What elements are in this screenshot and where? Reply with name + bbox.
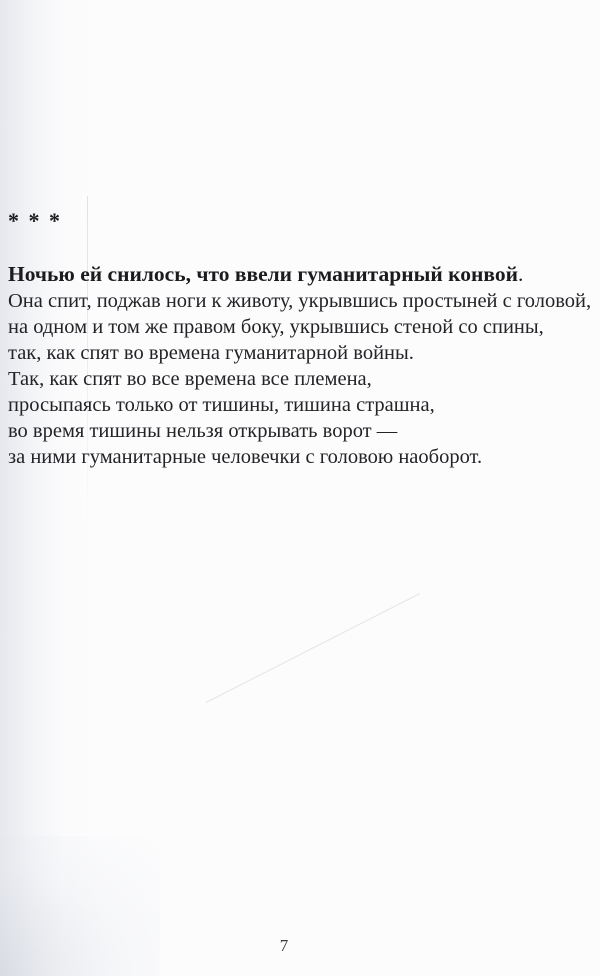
section-marker-asterisks: * * * xyxy=(8,208,62,234)
poem-title-text: Ночью ей снилось, что ввели гуманитарный… xyxy=(8,262,518,286)
poem-line: Она спит, поджав ноги к животу, укрывшис… xyxy=(8,288,588,314)
page-edge-shading xyxy=(0,0,95,976)
page-number: 7 xyxy=(0,936,568,956)
poem-first-line-bold: Ночью ей снилось, что ввели гуманитарный… xyxy=(8,260,588,288)
poem-line: за ними гуманитарные человечки с головою… xyxy=(8,444,588,470)
book-page: * * * Ночью ей снилось, что ввели гумани… xyxy=(0,0,600,976)
poem-line: на одном и том же правом боку, укрывшись… xyxy=(8,314,588,340)
poem-title-period: . xyxy=(518,262,523,286)
poem-line: так, как спят во времена гуманитарной во… xyxy=(8,340,588,366)
poem-line: Так, как спят во все времена все племена… xyxy=(8,366,588,392)
poem-line: просыпаясь только от тишины, тишина стра… xyxy=(8,392,588,418)
poem-line: во время тишины нельзя открывать ворот — xyxy=(8,418,588,444)
poem-block: Ночью ей снилось, что ввели гуманитарный… xyxy=(8,260,588,470)
scan-scratch-artifact xyxy=(206,593,420,703)
